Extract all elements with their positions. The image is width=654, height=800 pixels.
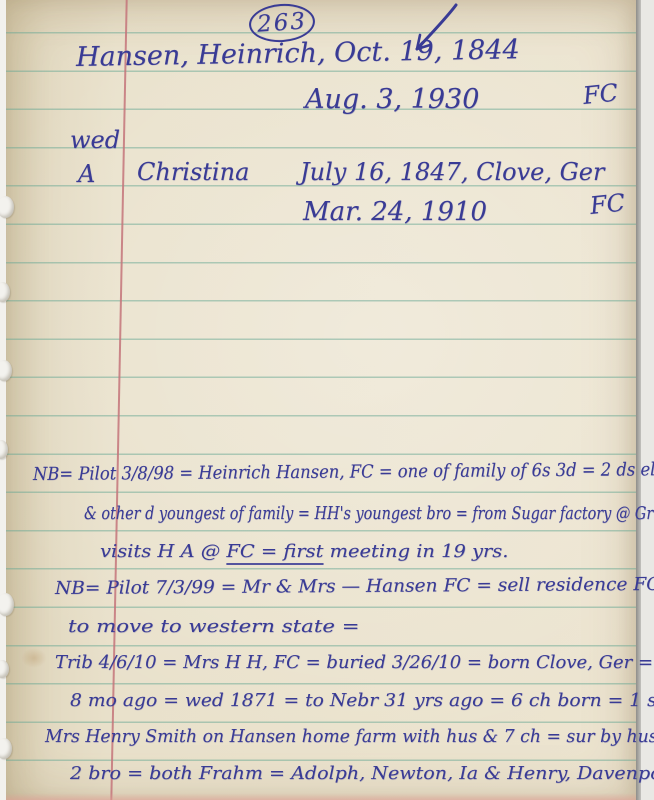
note-trib-line4: 2 bro = both Frahm = Adolph, Newton, Ia … xyxy=(70,763,654,784)
note-trib-line2: 8 mo ago = wed 1871 = to Nebr 31 yrs ago… xyxy=(70,690,654,711)
page-number: 263 xyxy=(256,8,308,37)
underlined-note-text: FC = first xyxy=(226,541,323,565)
source-code-fc-1: FC xyxy=(582,78,620,110)
note-nb1-line3: visits H A @ FC = first meeting in 19 yr… xyxy=(100,541,508,562)
page-bottom-edge xyxy=(6,793,636,800)
death-date: Aug. 3, 1930 xyxy=(305,84,479,115)
note-trib-line3: Mrs Henry Smith on Hansen home farm with… xyxy=(45,726,654,747)
scanner-background xyxy=(641,0,654,800)
wed-label: wed xyxy=(70,126,120,154)
spouse-death-date: Mar. 24, 1910 xyxy=(303,197,487,227)
scanned-ledger-page: 263 Hansen, Heinrich, Oct. 19, 1844 Aug.… xyxy=(0,0,654,800)
paper-sheet xyxy=(6,0,636,800)
note-text: visits H A @ xyxy=(100,541,226,562)
spouse-name: Christina xyxy=(137,158,249,186)
note-nb1-line2: & other d youngest of family = HH's youn… xyxy=(84,503,654,524)
note-nb2-line1: NB= Pilot 7/3/99 = Mr & Mrs — Hansen FC … xyxy=(55,573,654,599)
spouse-birth-line: July 16, 1847, Clove, Ger xyxy=(300,158,604,186)
spouse-prefix: A xyxy=(78,160,95,188)
note-trib-line1: Trib 4/6/10 = Mrs H H, FC = buried 3/26/… xyxy=(55,652,654,673)
source-code-fc-2: FC xyxy=(589,188,627,220)
note-nb2-line2: to move to western state = xyxy=(68,616,359,637)
note-text: meeting in 19 yrs. xyxy=(323,541,508,562)
